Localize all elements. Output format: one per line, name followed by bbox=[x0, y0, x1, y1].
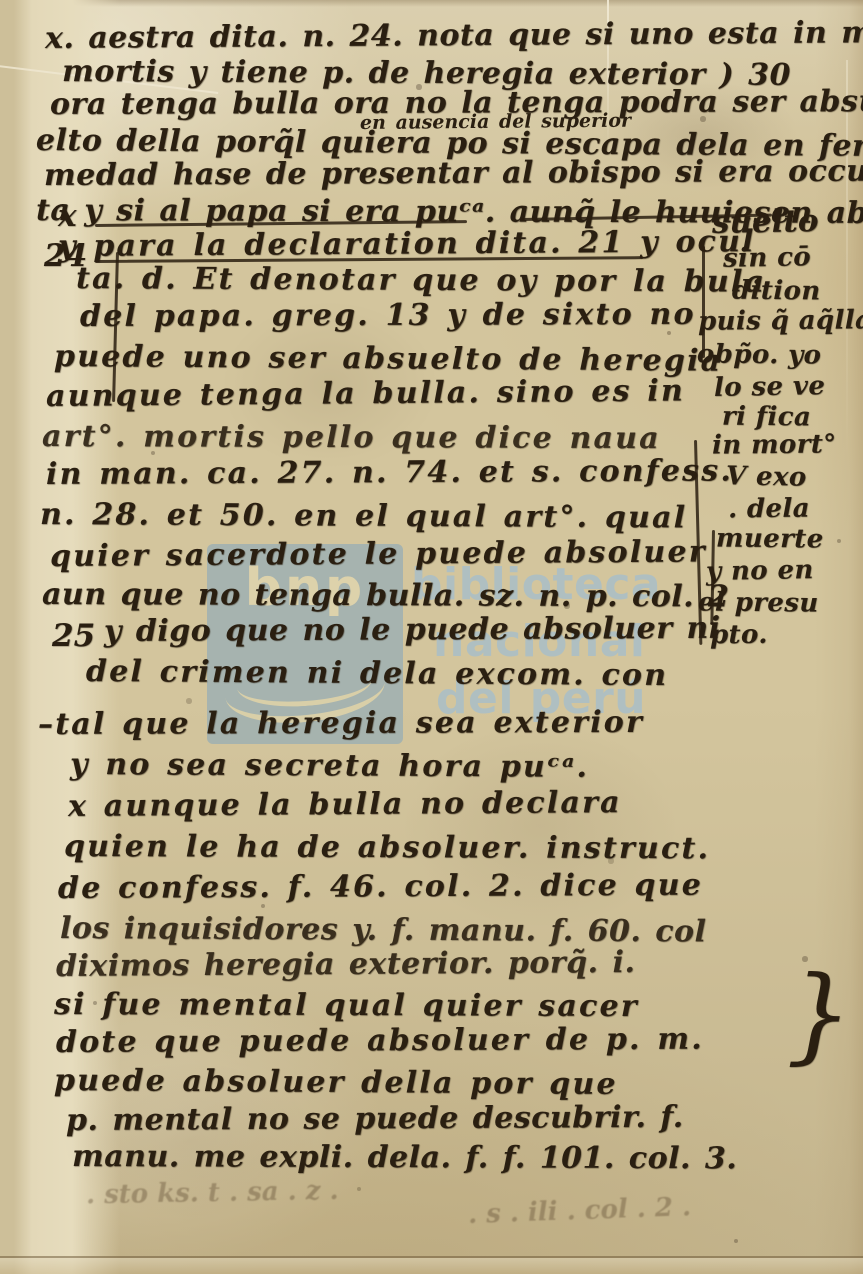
manuscript-line: aunque tenga la bulla. sino es in bbox=[46, 374, 685, 414]
marginal-note: y no en bbox=[706, 555, 814, 587]
marginal-note: . dela bbox=[728, 494, 810, 525]
manuscript-line: de confess. f. 46. col. 2. dice que bbox=[58, 869, 703, 906]
marginal-note: obp̃o. yo bbox=[697, 339, 822, 370]
marginal-note: pto. bbox=[710, 620, 768, 651]
manuscript-line: n. 28. et 50. en el qual art°. qual bbox=[40, 498, 687, 535]
manuscript-line: x aunque la bulla no declara bbox=[68, 786, 622, 824]
manuscript-line: x. aestra dita. n. 24. nota que si uno e… bbox=[45, 16, 863, 56]
manuscript-line: y digo que no le puede absoluer ni bbox=[104, 612, 721, 649]
manuscript-line: diximos heregia exterior. porq̃. i. bbox=[56, 946, 636, 984]
margin-mark-x: x bbox=[58, 198, 76, 234]
callout-word: suelto bbox=[712, 203, 819, 241]
marginal-note: ri fica bbox=[722, 402, 811, 433]
manuscript-line: del papa. greg. 13 y de sixto no bbox=[80, 298, 696, 334]
manuscript-line: si fue mental qual quier sacer bbox=[54, 988, 639, 1024]
marginal-note: lo se ve bbox=[714, 371, 826, 403]
ink-stroke-vertical bbox=[702, 246, 705, 358]
ghost-text: . s . ili . col . 2 . bbox=[468, 1192, 692, 1230]
margin-number-25: 25 bbox=[52, 618, 95, 654]
manuscript-line: manu. me expli. dela. f. f. 101. col. 3. bbox=[72, 1140, 737, 1176]
manuscript-line: medad hase de presentar al obispo si era… bbox=[44, 155, 863, 193]
manuscript-line: del crimen ni dela excom. con bbox=[86, 655, 668, 693]
fold-crease bbox=[846, 60, 848, 460]
marginal-note: puis q̃ aq̃lla bbox=[698, 305, 863, 337]
marginal-note: el presu bbox=[698, 587, 819, 618]
manuscript-line: –tal que la heregia sea exterior bbox=[38, 706, 644, 742]
manuscript-line: quier sacerdote le puede absoluer bbox=[50, 535, 707, 574]
margin-number-24: 24 bbox=[44, 238, 87, 274]
manuscript-line: los inquisidores y. f. manu. f. 60. col bbox=[60, 912, 707, 949]
marginal-note: sin cō bbox=[723, 242, 812, 274]
marginal-note: dition bbox=[732, 276, 821, 307]
manuscript-line: puede uno ser absuelto de heregia bbox=[54, 340, 723, 379]
manuscript-line: y no sea secreta hora puᶜᵃ. bbox=[70, 748, 589, 785]
manuscript-line: p. mental no se puede descubrir. f. bbox=[66, 1101, 684, 1138]
marginal-note: in mort° bbox=[712, 429, 837, 460]
marginal-note: muerte bbox=[716, 524, 824, 555]
ink-specks bbox=[0, 0, 2, 2]
manuscript-line: art°. mortis pello que dice naua bbox=[42, 420, 661, 456]
manuscript-line: aun que no tenga bulla. sz. n. p. col. 2 bbox=[42, 578, 730, 614]
brace-mark: } bbox=[786, 962, 852, 1066]
manuscript-line: dote que puede absoluer de p. m. bbox=[56, 1023, 704, 1060]
manuscript-line: quien le ha de absoluer. instruct. bbox=[64, 830, 710, 866]
page-bottom-shadow bbox=[0, 1258, 863, 1274]
ghost-text: . sto ks. t . sa . z . bbox=[86, 1176, 339, 1210]
manuscript-line: in man. ca. 27. n. 74. et s. confess. bbox=[46, 454, 733, 492]
manuscript-line: ta. d. Et denotar que oy por la bula bbox=[76, 262, 766, 300]
marginal-note: V exo bbox=[726, 461, 807, 492]
manuscript-page: bnp biblioteca nacional del perú x. aest… bbox=[0, 0, 863, 1274]
manuscript-line: puede absoluer della por que bbox=[54, 1064, 618, 1102]
